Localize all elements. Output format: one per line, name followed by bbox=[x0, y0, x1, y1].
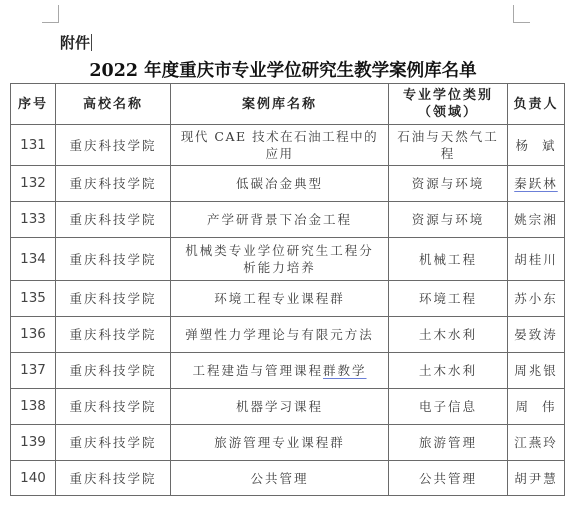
cell-owner: 胡桂川 bbox=[508, 238, 565, 281]
header-university: 高校名称 bbox=[56, 84, 171, 125]
cell-university: 重庆科技学院 bbox=[56, 389, 171, 425]
cell-case-library: 工程建造与管理课程群教学 bbox=[171, 353, 389, 389]
cell-category: 资源与环境 bbox=[389, 166, 508, 202]
cell-owner: 秦跃林 bbox=[508, 166, 565, 202]
case-library-spellcheck: 群教学 bbox=[323, 363, 367, 378]
cell-category: 旅游管理 bbox=[389, 425, 508, 461]
table-row: 135 重庆科技学院 环境工程专业课程群 环境工程 苏小东 bbox=[11, 281, 565, 317]
cell-university: 重庆科技学院 bbox=[56, 125, 171, 166]
table-row: 136 重庆科技学院 弹塑性力学理论与有限元方法 土木水利 晏致涛 bbox=[11, 317, 565, 353]
cell-case-library: 机械类专业学位研究生工程分析能力培养 bbox=[171, 238, 389, 281]
table-row: 133 重庆科技学院 产学研背景下冶金工程 资源与环境 姚宗湘 bbox=[11, 202, 565, 238]
cell-category: 资源与环境 bbox=[389, 202, 508, 238]
cell-case-library: 机器学习课程 bbox=[171, 389, 389, 425]
cell-category: 机械工程 bbox=[389, 238, 508, 281]
cell-university: 重庆科技学院 bbox=[56, 238, 171, 281]
cell-case-library: 低碳冶金典型 bbox=[171, 166, 389, 202]
cell-category: 土木水利 bbox=[389, 317, 508, 353]
cell-case-library: 旅游管理专业课程群 bbox=[171, 425, 389, 461]
attachment-label-text: 附件 bbox=[60, 34, 90, 52]
cell-university: 重庆科技学院 bbox=[56, 317, 171, 353]
header-index: 序号 bbox=[11, 84, 56, 125]
cell-case-library: 环境工程专业课程群 bbox=[171, 281, 389, 317]
document-title: 2022 年度重庆市专业学位研究生教学案例库名单 bbox=[0, 57, 566, 82]
attachment-label[interactable]: 附件 bbox=[60, 32, 92, 53]
cell-case-library: 公共管理 bbox=[171, 461, 389, 496]
cell-owner: 胡尹慧 bbox=[508, 461, 565, 496]
cell-index: 131 bbox=[11, 125, 56, 166]
header-degree-category: 专业学位类别（领域） bbox=[389, 84, 508, 125]
table-row: 131 重庆科技学院 现代 CAE 技术在石油工程中的应用 石油与天然气工程 杨… bbox=[11, 125, 565, 166]
cell-owner: 周 伟 bbox=[508, 389, 565, 425]
cell-index: 140 bbox=[11, 461, 56, 496]
cell-university: 重庆科技学院 bbox=[56, 166, 171, 202]
table-row: 138 重庆科技学院 机器学习课程 电子信息 周 伟 bbox=[11, 389, 565, 425]
cell-owner: 苏小东 bbox=[508, 281, 565, 317]
header-owner: 负责人 bbox=[508, 84, 565, 125]
cell-index: 137 bbox=[11, 353, 56, 389]
header-degree-category-line1: 专业学位类别 bbox=[392, 87, 504, 104]
table-row: 132 重庆科技学院 低碳冶金典型 资源与环境 秦跃林 bbox=[11, 166, 565, 202]
cell-university: 重庆科技学院 bbox=[56, 281, 171, 317]
cell-index: 133 bbox=[11, 202, 56, 238]
cell-case-library: 产学研背景下冶金工程 bbox=[171, 202, 389, 238]
page-corner-mark-right bbox=[513, 5, 530, 23]
cell-owner: 姚宗湘 bbox=[508, 202, 565, 238]
cell-category: 环境工程 bbox=[389, 281, 508, 317]
cell-category: 公共管理 bbox=[389, 461, 508, 496]
cell-index: 134 bbox=[11, 238, 56, 281]
cell-index: 136 bbox=[11, 317, 56, 353]
table-header-row: 序号 高校名称 案例库名称 专业学位类别（领域） 负责人 bbox=[11, 84, 565, 125]
header-degree-category-line2: （领域） bbox=[392, 104, 504, 121]
cell-university: 重庆科技学院 bbox=[56, 353, 171, 389]
cell-category: 石油与天然气工程 bbox=[389, 125, 508, 166]
case-library-table: 序号 高校名称 案例库名称 专业学位类别（领域） 负责人 131 重庆科技学院 … bbox=[10, 83, 565, 496]
table-row: 137 重庆科技学院 工程建造与管理课程群教学 土木水利 周兆银 bbox=[11, 353, 565, 389]
text-cursor bbox=[91, 34, 92, 51]
cell-university: 重庆科技学院 bbox=[56, 425, 171, 461]
cell-index: 135 bbox=[11, 281, 56, 317]
cell-owner: 江燕玲 bbox=[508, 425, 565, 461]
cell-case-library: 弹塑性力学理论与有限元方法 bbox=[171, 317, 389, 353]
header-case-library: 案例库名称 bbox=[171, 84, 389, 125]
cell-index: 139 bbox=[11, 425, 56, 461]
owner-name-spellcheck: 秦跃林 bbox=[514, 176, 558, 191]
cell-case-library: 现代 CAE 技术在石油工程中的应用 bbox=[171, 125, 389, 166]
table-row: 140 重庆科技学院 公共管理 公共管理 胡尹慧 bbox=[11, 461, 565, 496]
table-row: 139 重庆科技学院 旅游管理专业课程群 旅游管理 江燕玲 bbox=[11, 425, 565, 461]
cell-category: 电子信息 bbox=[389, 389, 508, 425]
case-library-text: 工程建造与管理课程 bbox=[192, 363, 323, 378]
cell-university: 重庆科技学院 bbox=[56, 461, 171, 496]
cell-owner: 杨 斌 bbox=[508, 125, 565, 166]
table-row: 134 重庆科技学院 机械类专业学位研究生工程分析能力培养 机械工程 胡桂川 bbox=[11, 238, 565, 281]
cell-index: 138 bbox=[11, 389, 56, 425]
cell-owner: 晏致涛 bbox=[508, 317, 565, 353]
cell-university: 重庆科技学院 bbox=[56, 202, 171, 238]
cell-index: 132 bbox=[11, 166, 56, 202]
cell-owner: 周兆银 bbox=[508, 353, 565, 389]
page-corner-mark-left bbox=[42, 5, 59, 23]
cell-category: 土木水利 bbox=[389, 353, 508, 389]
